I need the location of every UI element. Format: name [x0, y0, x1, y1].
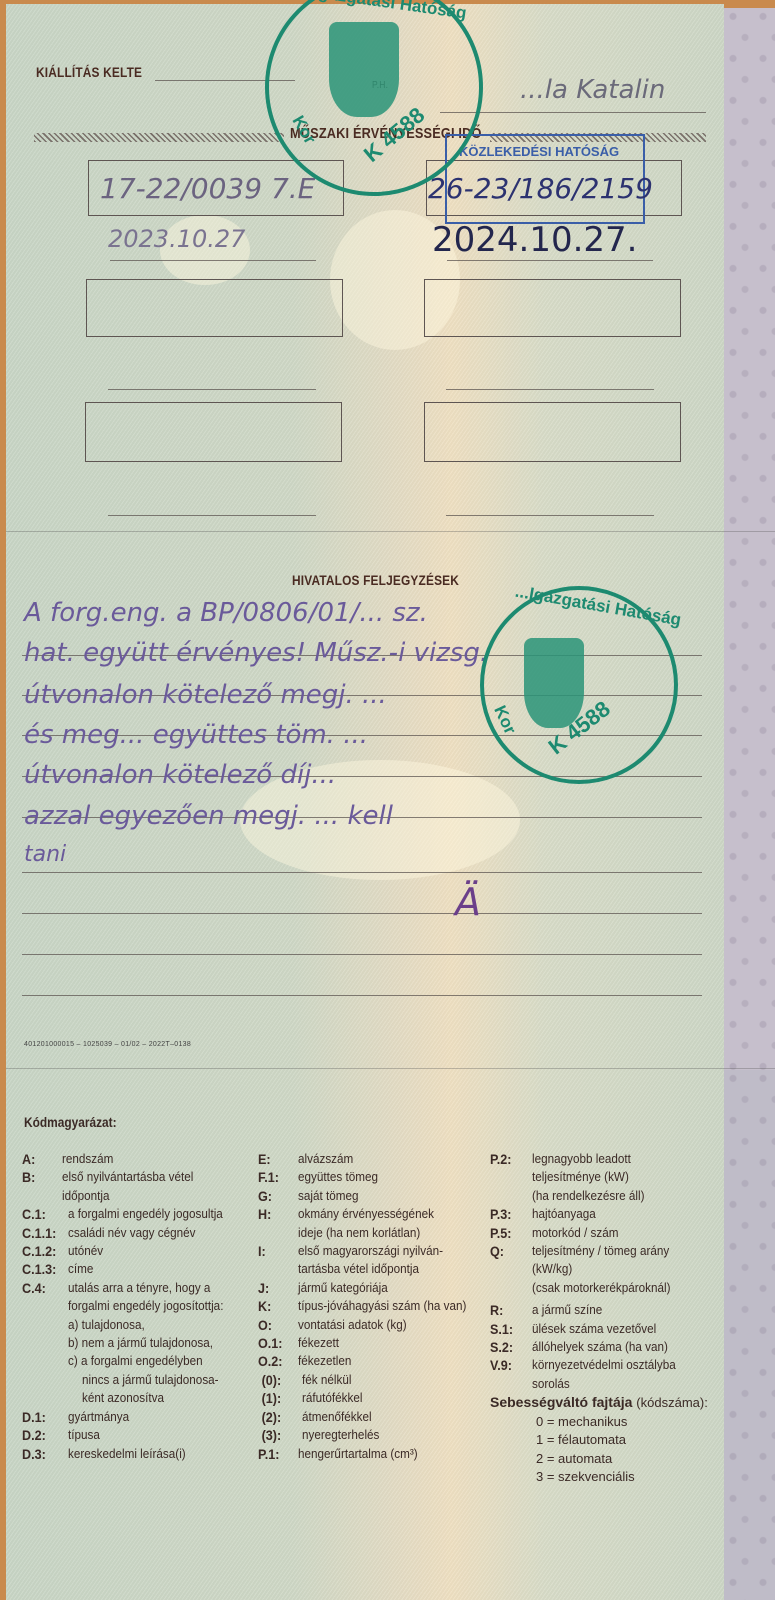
legend-code: C.1.1:: [22, 1224, 63, 1242]
legend-desc: ráfutófékkel: [302, 1389, 362, 1407]
legend-code: B:: [22, 1168, 58, 1186]
legend-entry: R:a jármű színe: [490, 1301, 720, 1319]
legend-code: Q:: [490, 1242, 528, 1260]
legend-entry: (0):fék nélkül: [258, 1371, 483, 1389]
official-notes-label: HIVATALOS FELJEGYZÉSEK: [292, 572, 459, 588]
fold-line: [6, 531, 775, 532]
notes-text-line-7: tani: [24, 842, 66, 867]
legend-entry: C.4:utalás arra a tényre, hogy a: [22, 1279, 257, 1297]
validity-line-1: [110, 260, 316, 261]
gearbox-title-suffix: (kódszáma):: [636, 1395, 708, 1410]
legend-desc: nincs a jármű tulajdonosa-: [82, 1371, 219, 1389]
legend-desc: utalás arra a tényre, hogy a: [68, 1279, 210, 1297]
legend-entry-cont: (ha rendelkezésre áll): [490, 1187, 720, 1205]
legend-entry-cont: b) nem a jármű tulajdonosa,: [22, 1334, 257, 1352]
legend-code: P.5:: [490, 1224, 528, 1242]
legend-code: A:: [22, 1150, 58, 1168]
legend-desc: b) nem a jármű tulajdonosa,: [68, 1334, 213, 1352]
legend-entry: Q:teljesítmény / tömeg arány: [490, 1242, 720, 1260]
legend-code: P.2:: [490, 1150, 528, 1168]
notes-text-line-2: hat. együtt érvényes! Műsz.-i vizsg.: [24, 638, 488, 668]
legend-entry: D.2:típusa: [22, 1426, 257, 1444]
legend-code: (3):: [258, 1426, 298, 1444]
legend-entry: D.3:kereskedelmi leírása(i): [22, 1445, 257, 1463]
legend-code: O:: [258, 1316, 294, 1334]
gearbox-option: 1 = félautomata: [490, 1431, 720, 1449]
validity-line-5: [108, 515, 316, 516]
legend-column-1: A:rendszám B:első nyilvántartásba vétel …: [22, 1150, 257, 1463]
validity-date-1: 2023.10.27: [108, 225, 245, 253]
legend-desc: címe: [68, 1260, 93, 1278]
legend-desc: ideje (ha nem korlátlan): [298, 1224, 420, 1242]
legend-code: D.1:: [22, 1408, 63, 1426]
legend-desc: átmenőfékkel: [302, 1408, 372, 1426]
legend-desc: (kW/kg): [532, 1260, 572, 1278]
legend-column-2: E:alvázszám F.1:együttes tömeg G:saját t…: [258, 1150, 483, 1463]
hatch-divider-left: [34, 133, 284, 142]
legend-code: H:: [258, 1205, 294, 1223]
legend-desc: első magyarországi nyilván-: [298, 1242, 443, 1260]
legend-entry: B:első nyilvántartásba vétel: [22, 1168, 257, 1186]
stamp-prefix: Kor: [489, 703, 520, 738]
legend-code: D.3:: [22, 1445, 63, 1463]
legend-entry-cont: ideje (ha nem korlátlan): [258, 1224, 483, 1242]
official-signature: ...la Katalin: [520, 75, 665, 105]
legend-entry-cont: forgalmi engedély jogosítottja:: [22, 1297, 257, 1315]
legend-entry-cont: a) tulajdonosa,: [22, 1316, 257, 1334]
gearbox-legend-title: Sebességváltó fajtája (kódszáma):: [490, 1393, 720, 1412]
stamp-ring-text: ...Igazgatási Hatóság: [298, 0, 467, 24]
validity-line-3: [108, 389, 316, 390]
legend-code: R:: [490, 1301, 528, 1319]
legend-code: C.1.2:: [22, 1242, 63, 1260]
legend-code: P.1:: [258, 1445, 294, 1463]
legend-desc: utónév: [68, 1242, 103, 1260]
legend-entry: C.1.1:családi név vagy cégnév: [22, 1224, 257, 1242]
legend-entry-cont: időpontja: [22, 1187, 257, 1205]
legend-title: Kódmagyarázat:: [24, 1114, 117, 1130]
validity-box-2-text: 26-23/186/2159: [428, 172, 653, 205]
notes-text-line-5: útvonalon kötelező díj...: [24, 760, 336, 790]
legend-desc: családi név vagy cégnév: [68, 1224, 195, 1242]
legend-desc: vontatási adatok (kg): [298, 1316, 407, 1334]
coat-of-arms-icon: [329, 22, 399, 117]
legend-entry: D.1:gyártmánya: [22, 1408, 257, 1426]
legend-desc: rendszám: [62, 1150, 113, 1168]
legend-code: P.3:: [490, 1205, 528, 1223]
legend-desc: a) tulajdonosa,: [68, 1316, 145, 1334]
legend-entry-cont: ként azonosítva: [22, 1389, 257, 1407]
security-strip-lower: [724, 1070, 775, 1600]
legend-entry: (2):átmenőfékkel: [258, 1408, 483, 1426]
validity-date-2: 2024.10.27.: [432, 220, 637, 260]
legend-desc: időpontja: [62, 1187, 110, 1205]
legend-desc: legnagyobb leadott: [532, 1150, 631, 1168]
legend-desc: hengerűrtartalma (cm³): [298, 1445, 418, 1463]
legend-entry: O.1:fékezett: [258, 1334, 483, 1352]
validity-box-5: [85, 402, 342, 462]
legend-desc: okmány érvényességének: [298, 1205, 434, 1223]
legend-entry-cont: nincs a jármű tulajdonosa-: [22, 1371, 257, 1389]
notes-text-line-6: azzal egyezően megj. ... kell: [24, 801, 393, 831]
legend-desc: alvázszám: [298, 1150, 353, 1168]
legend-desc: kereskedelmi leírása(i): [68, 1445, 186, 1463]
validity-line-4: [446, 389, 654, 390]
legend-code: J:: [258, 1279, 294, 1297]
legend-entry-cont: tartásba vétel időpontja: [258, 1260, 483, 1278]
legend-desc: első nyilvántartásba vétel: [62, 1168, 193, 1186]
legend-desc: jármű kategóriája: [298, 1279, 388, 1297]
legend-code: E:: [258, 1150, 294, 1168]
legend-desc: környezetvédelmi osztályba: [532, 1356, 676, 1374]
notes-line: [22, 913, 702, 914]
legend-entry: (1):ráfutófékkel: [258, 1389, 483, 1407]
notes-initials: Ä: [455, 880, 481, 924]
legend-entry: J:jármű kategóriája: [258, 1279, 483, 1297]
legend-entry: C.1.2:utónév: [22, 1242, 257, 1260]
legend-desc: sorolás: [532, 1375, 570, 1393]
legend-code: C.4:: [22, 1279, 63, 1297]
legend-code: S.1:: [490, 1320, 528, 1338]
legend-desc: tartásba vétel időpontja: [298, 1260, 419, 1278]
transport-authority-stamp-text: KÖZLEKEDÉSI HATÓSÁG: [459, 144, 619, 159]
gearbox-title: Sebességváltó fajtája: [490, 1394, 632, 1410]
legend-desc: c) a forgalmi engedélyben: [68, 1352, 203, 1370]
notes-text-line-4: és meg... együttes töm. ...: [24, 720, 368, 750]
legend-entry: P.1:hengerűrtartalma (cm³): [258, 1445, 483, 1463]
legend-entry: P.5:motorkód / szám: [490, 1224, 720, 1242]
legend-desc: ként azonosítva: [82, 1389, 164, 1407]
legend-entry: G:saját tömeg: [258, 1187, 483, 1205]
legend-desc: fék nélkül: [302, 1371, 351, 1389]
legend-desc: nyeregterhelés: [302, 1426, 379, 1444]
legend-entry: S.2:állóhelyek száma (ha van): [490, 1338, 720, 1356]
notes-line: [22, 872, 702, 873]
notes-text-line-3: útvonalon kötelező megj. ...: [24, 680, 387, 710]
legend-desc: (csak motorkerékpároknál): [532, 1279, 671, 1297]
legend-code: G:: [258, 1187, 294, 1205]
legend-code: D.2:: [22, 1426, 63, 1444]
legend-code: (1):: [258, 1389, 298, 1407]
legend-entry: K:típus-jóváhagyási szám (ha van): [258, 1297, 483, 1315]
legend-code: O.1:: [258, 1334, 294, 1352]
legend-desc: a jármű színe: [532, 1301, 602, 1319]
legend-desc: típusa: [68, 1426, 100, 1444]
legend-desc: forgalmi engedély jogosítottja:: [68, 1297, 223, 1315]
legend-entry: S.1:ülések száma vezetővel: [490, 1320, 720, 1338]
legend-entry-cont: (csak motorkerékpároknál): [490, 1279, 720, 1297]
document-serial-number: 401201000015 – 1025039 – 01/02 – 2022T–0…: [24, 1041, 191, 1048]
legend-code: S.2:: [490, 1338, 528, 1356]
notes-line: [22, 995, 702, 996]
legend-entry: I:első magyarországi nyilván-: [258, 1242, 483, 1260]
legend-entry: (3):nyeregterhelés: [258, 1426, 483, 1444]
legend-entry: P.3:hajtóanyaga: [490, 1205, 720, 1223]
gearbox-option: 2 = automata: [490, 1450, 720, 1468]
legend-entry-cont: c) a forgalmi engedélyben: [22, 1352, 257, 1370]
legend-code: K:: [258, 1297, 294, 1315]
legend-code: F.1:: [258, 1168, 294, 1186]
validity-line-2: [447, 260, 653, 261]
legend-code: I:: [258, 1242, 294, 1260]
legend-entry: O.2:fékezetlen: [258, 1352, 483, 1370]
validity-box-6: [424, 402, 681, 462]
legend-entry-cont: sorolás: [490, 1375, 720, 1393]
legend-entry-cont: (kW/kg): [490, 1260, 720, 1278]
legend-desc: saját tömeg: [298, 1187, 358, 1205]
legend-desc: a forgalmi engedély jogosultja: [68, 1205, 223, 1223]
legend-entry: O:vontatási adatok (kg): [258, 1316, 483, 1334]
legend-code: V.9:: [490, 1356, 528, 1374]
legend-desc: (ha rendelkezésre áll): [532, 1187, 645, 1205]
authority-stamp-notes: ...Igazgatási Hatóság K 4588 Kor: [480, 586, 678, 784]
legend-code: C.1:: [22, 1205, 63, 1223]
fold-line: [6, 1068, 775, 1069]
legend-desc: hajtóanyaga: [532, 1205, 596, 1223]
legend-entry: A:rendszám: [22, 1150, 257, 1168]
legend-desc: állóhelyek száma (ha van): [532, 1338, 668, 1356]
legend-entry: P.2:legnagyobb leadott: [490, 1150, 720, 1168]
legend-desc: teljesítmény / tömeg arány: [532, 1242, 669, 1260]
legend-entry: V.9:környezetvédelmi osztályba: [490, 1356, 720, 1374]
legend-code: (0):: [258, 1371, 298, 1389]
legend-code: (2):: [258, 1408, 298, 1426]
legend-desc: ülések száma vezetővel: [532, 1320, 656, 1338]
legend-entry: E:alvázszám: [258, 1150, 483, 1168]
legend-entry: C.1:a forgalmi engedély jogosultja: [22, 1205, 257, 1223]
notes-line: [22, 954, 702, 955]
legend-desc: típus-jóváhagyási szám (ha van): [298, 1297, 466, 1315]
legend-code: C.1.3:: [22, 1260, 63, 1278]
legend-entry: C.1.3:címe: [22, 1260, 257, 1278]
legend-code: O.2:: [258, 1352, 294, 1370]
legend-desc: teljesítménye (kW): [532, 1168, 629, 1186]
stamp-prefix: Kor: [288, 112, 320, 147]
legend-desc: fékezetlen: [298, 1352, 351, 1370]
legend-entry: F.1:együttes tömeg: [258, 1168, 483, 1186]
notes-text-line-1: A forg.eng. a BP/0806/01/... sz.: [24, 598, 428, 628]
validity-box-4: [424, 279, 681, 337]
legend-entry: H:okmány érvényességének: [258, 1205, 483, 1223]
legend-entry-cont: teljesítménye (kW): [490, 1168, 720, 1186]
validity-box-1-text: 17-22/0039 7.E: [100, 172, 315, 205]
validity-box-3: [86, 279, 343, 337]
legend-column-3: P.2:legnagyobb leadott teljesítménye (kW…: [490, 1150, 720, 1486]
gearbox-option: 3 = szekvenciális: [490, 1468, 720, 1486]
gearbox-option: 0 = mechanikus: [490, 1413, 720, 1431]
legend-desc: gyártmánya: [68, 1408, 129, 1426]
issue-date-label: KIÁLLÍTÁS KELTE: [36, 64, 142, 80]
legend-desc: együttes tömeg: [298, 1168, 378, 1186]
legend-desc: motorkód / szám: [532, 1224, 618, 1242]
validity-line-6: [446, 515, 654, 516]
legend-desc: fékezett: [298, 1334, 339, 1352]
